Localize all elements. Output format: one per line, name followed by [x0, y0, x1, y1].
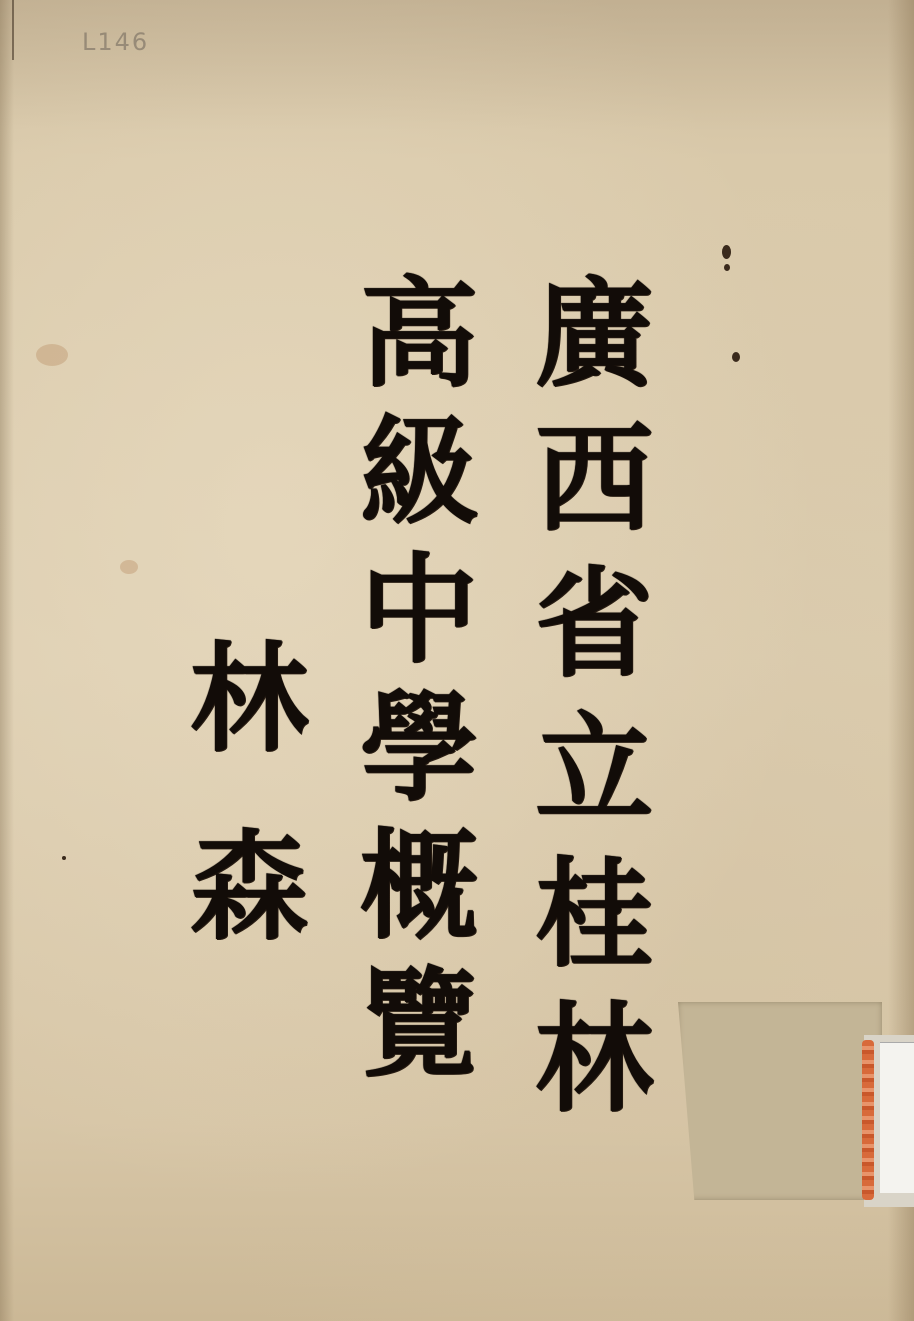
ink-spot [732, 352, 740, 362]
title-right-column: 廣 西 省 立 桂 林 [535, 275, 653, 1118]
title-char: 學 [360, 689, 478, 807]
top-discoloration [0, 0, 914, 130]
title-char: 立 [535, 710, 653, 828]
title-char: 級 [360, 413, 478, 531]
library-label-card [880, 1042, 914, 1193]
title-char: 省 [535, 565, 653, 683]
library-label-patch [678, 1002, 882, 1200]
pencil-catalog-mark: L146 [82, 28, 149, 56]
title-char: 西 [535, 420, 653, 538]
paper-crease [12, 0, 14, 60]
left-edge-shadow [0, 0, 14, 1321]
title-char: 概 [360, 827, 478, 945]
title-char: 桂 [535, 855, 653, 973]
signature-column: 林 森 [190, 640, 308, 946]
paper-stain [120, 560, 138, 574]
title-char: 高 [360, 275, 478, 393]
title-char: 林 [535, 1000, 653, 1118]
ink-spot [724, 264, 730, 271]
title-char: 中 [360, 551, 478, 669]
paper-stain [36, 344, 68, 366]
signature-char: 森 [190, 828, 308, 946]
title-middle-column: 高 級 中 學 概 覽 [360, 275, 478, 1083]
label-decorative-border [862, 1040, 874, 1200]
signature-char: 林 [190, 640, 308, 758]
ink-spot [722, 245, 731, 259]
ink-spot [62, 856, 66, 860]
title-char: 廣 [535, 275, 653, 393]
title-char: 覽 [360, 965, 478, 1083]
book-cover: L146 廣 西 省 立 桂 林 高 級 中 學 概 覽 林 森 [0, 0, 914, 1321]
